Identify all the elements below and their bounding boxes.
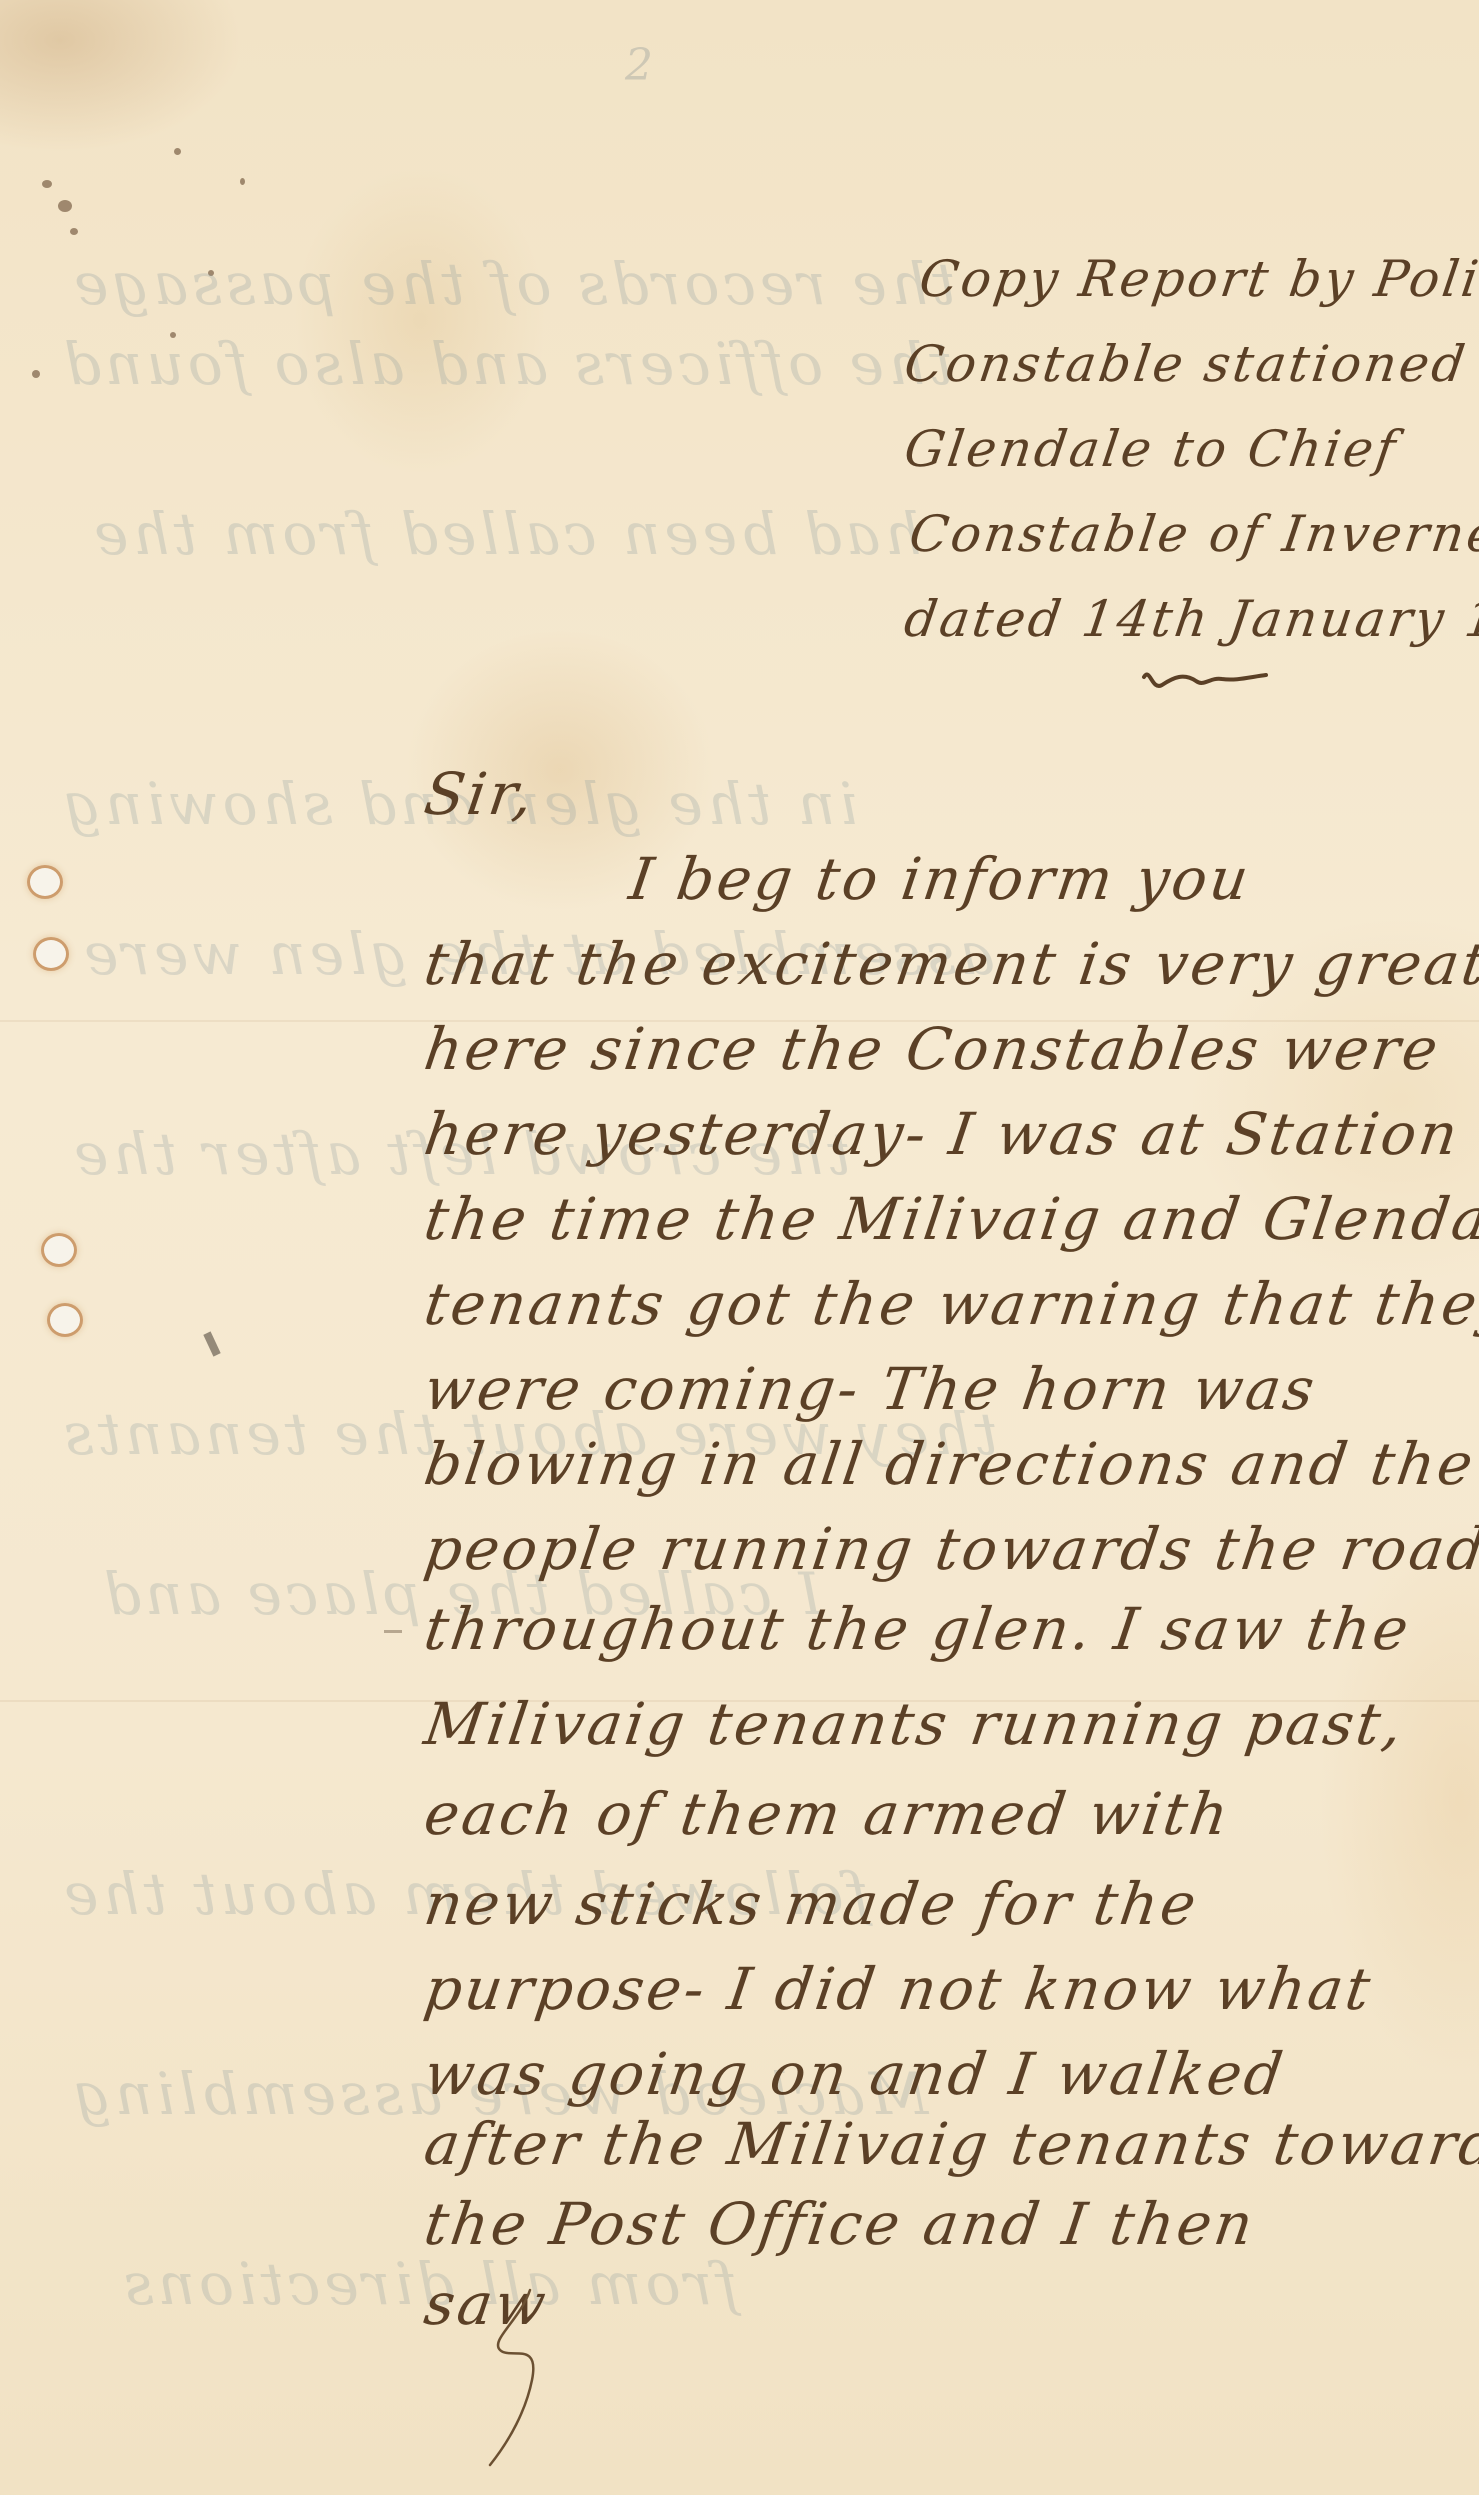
body-line: blowing in all directions and the xyxy=(420,1430,1479,1498)
binding-hole xyxy=(44,1236,74,1264)
body-line: Milivaig tenants running past, xyxy=(420,1690,1409,1758)
heading-flourish-icon xyxy=(1140,665,1270,695)
page-number: 2 xyxy=(625,40,653,91)
foxing-speck xyxy=(32,370,40,378)
body-line: each of them armed with xyxy=(420,1780,1235,1848)
binding-hole xyxy=(30,868,60,896)
bleed-through-text: the records of the passage xyxy=(70,250,955,318)
body-line: throughout the glen. I saw the xyxy=(420,1595,1415,1663)
body-line: I beg to inform you xyxy=(625,845,1255,913)
heading-line: Glendale to Chief xyxy=(901,420,1402,478)
bleed-through-text: had been called from the xyxy=(90,500,922,568)
foxing-speck xyxy=(240,178,245,185)
foxing-speck xyxy=(58,200,72,212)
margin-dash xyxy=(384,1630,402,1633)
heading-date-line: dated 14th January 1883. xyxy=(901,590,1479,648)
binding-hole xyxy=(50,1306,80,1334)
body-line: were coming- The horn was xyxy=(420,1355,1321,1423)
body-line: new sticks made for the xyxy=(420,1870,1203,1938)
foxing-speck xyxy=(70,228,78,235)
binding-hole xyxy=(36,940,66,968)
body-line: here yesterday- I was at Station xyxy=(420,1100,1464,1168)
letter-page: 2 the records of the passage the officer… xyxy=(0,0,1479,2495)
body-line: was going on and I walked xyxy=(420,2040,1289,2108)
body-line: people running towards the road xyxy=(420,1515,1479,1583)
body-line: after the Milivaig tenants towards xyxy=(420,2110,1479,2178)
continuation-flourish-icon xyxy=(470,2270,590,2470)
body-line: here since the Constables were xyxy=(420,1015,1445,1083)
body-line: that the excitement is very great xyxy=(420,930,1479,998)
heading-line: Constable stationed at xyxy=(901,335,1479,393)
body-line: the time the Milivaig and Glendale xyxy=(420,1185,1479,1253)
margin-ink-mark xyxy=(203,1331,220,1356)
salutation: Sir, xyxy=(420,760,540,828)
body-line: tenants got the warning that they xyxy=(420,1270,1479,1338)
foxing-speck xyxy=(42,180,52,188)
heading-line: Copy Report by Police xyxy=(916,250,1479,308)
heading-line: Constable of Inverness-shire xyxy=(906,505,1479,563)
foxing-speck xyxy=(174,148,181,155)
body-line: the Post Office and I then xyxy=(420,2190,1260,2258)
bleed-through-text: the officers and also found xyxy=(60,330,953,398)
body-line: purpose- I did not know what xyxy=(420,1955,1377,2023)
